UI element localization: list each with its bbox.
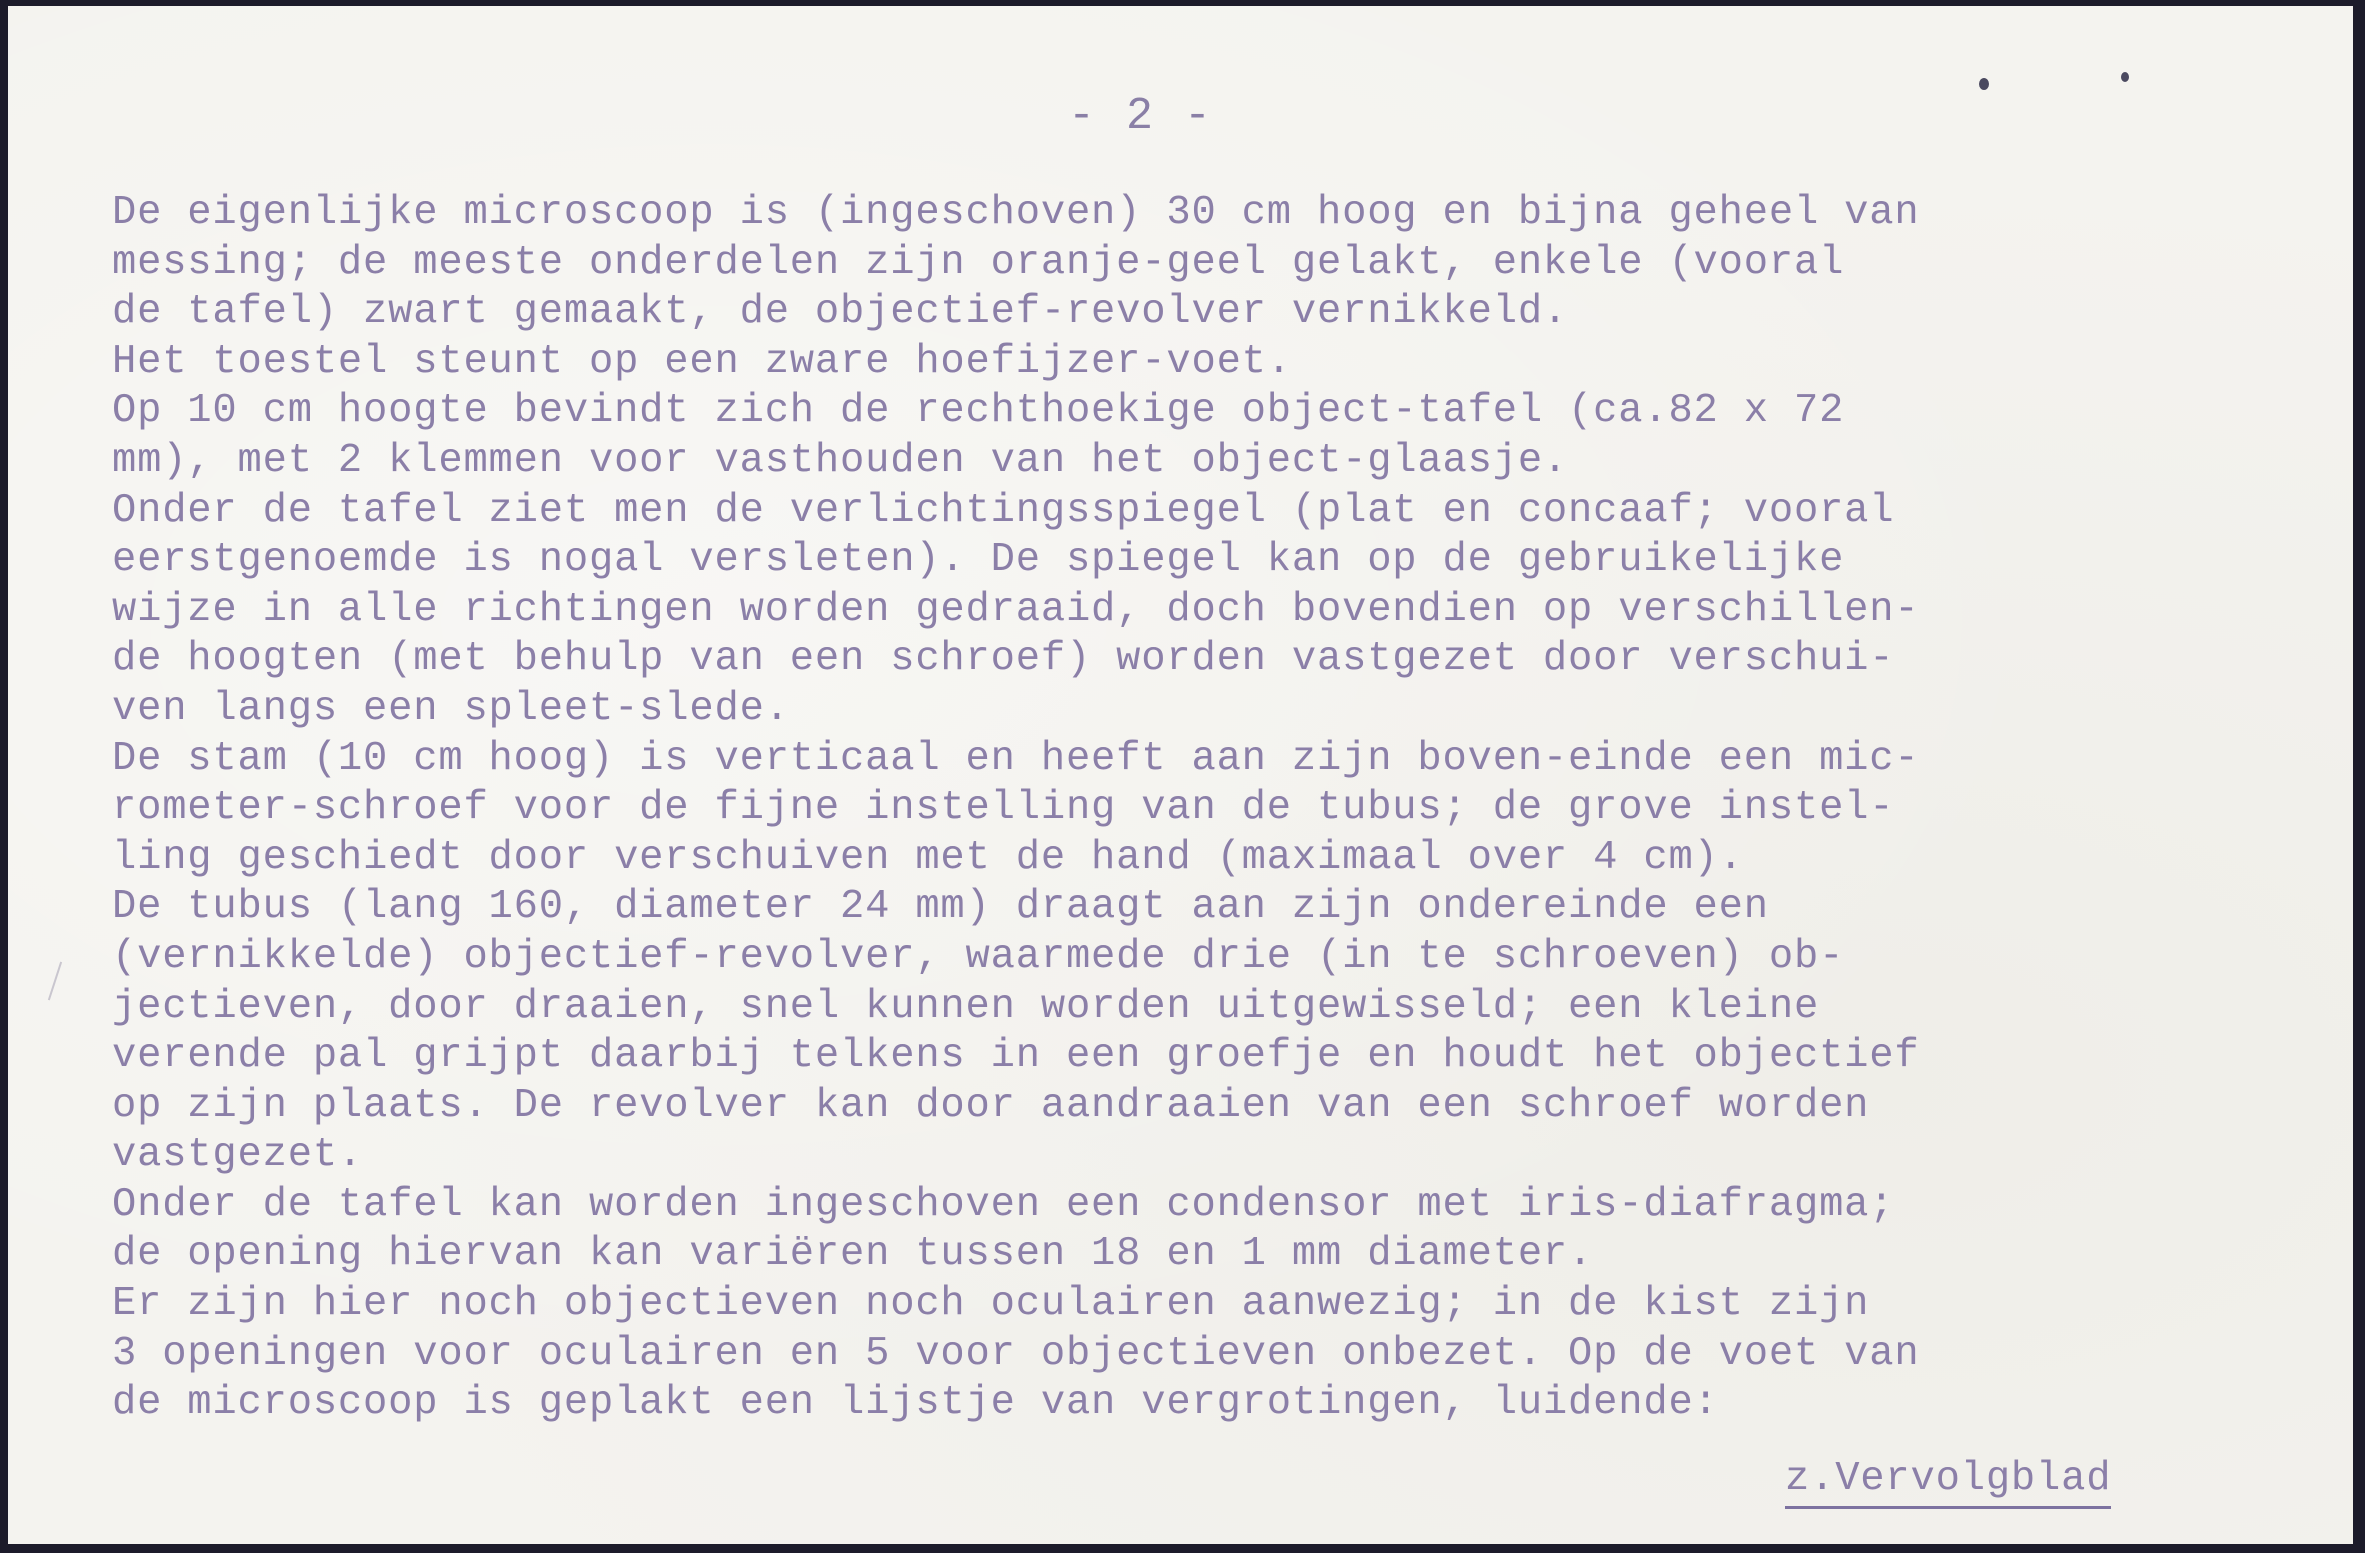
text-line: wijze in alle richtingen worden gedraaid…: [112, 586, 2342, 636]
typewritten-page: - 2 - De eigenlijke microscoop is (inges…: [8, 6, 2353, 1544]
continuation-note: z.Vervolgblad: [1785, 1456, 2111, 1509]
punch-hole-marks: [1973, 68, 2143, 108]
text-line: de microscoop is geplakt een lijstje van…: [112, 1379, 2342, 1429]
text-line: de hoogten (met behulp van een schroef) …: [112, 635, 2342, 685]
body-text: De eigenlijke microscoop is (ingeschoven…: [112, 189, 2342, 1429]
text-line: De stam (10 cm hoog) is verticaal en hee…: [112, 735, 2342, 785]
page-number: - 2 -: [1068, 91, 1213, 142]
text-line: eerstgenoemde is nogal versleten). De sp…: [112, 536, 2342, 586]
text-line: 3 openingen voor oculairen en 5 voor obj…: [112, 1330, 2342, 1380]
text-line: Op 10 cm hoogte bevindt zich de rechthoe…: [112, 387, 2342, 437]
text-line: de opening hiervan kan variëren tussen 1…: [112, 1230, 2342, 1280]
text-line: verende pal grijpt daarbij telkens in ee…: [112, 1032, 2342, 1082]
text-line: op zijn plaats. De revolver kan door aan…: [112, 1082, 2342, 1132]
text-line: de tafel) zwart gemaakt, de objectief-re…: [112, 288, 2342, 338]
text-line: ling geschiedt door verschuiven met de h…: [112, 834, 2342, 884]
text-line: (vernikkelde) objectief-revolver, waarme…: [112, 933, 2342, 983]
punch-hole-icon: [1979, 78, 1989, 90]
text-line: ven langs een spleet-slede.: [112, 685, 2342, 735]
text-line: De tubus (lang 160, diameter 24 mm) draa…: [112, 883, 2342, 933]
text-line: rometer-schroef voor de fijne instelling…: [112, 784, 2342, 834]
text-line: Er zijn hier noch objectieven noch ocula…: [112, 1280, 2342, 1330]
text-line: vastgezet.: [112, 1131, 2342, 1181]
text-line: Onder de tafel kan worden ingeschoven ee…: [112, 1181, 2342, 1231]
text-line: mm), met 2 klemmen voor vasthouden van h…: [112, 437, 2342, 487]
text-line: De eigenlijke microscoop is (ingeschoven…: [112, 189, 2342, 239]
text-line: Onder de tafel ziet men de verlichtingss…: [112, 487, 2342, 537]
text-line: Het toestel steunt op een zware hoefijze…: [112, 338, 2342, 388]
punch-hole-icon: [2121, 72, 2129, 82]
text-line: messing; de meeste onderdelen zijn oranj…: [112, 239, 2342, 289]
text-line: jectieven, door draaien, snel kunnen wor…: [112, 983, 2342, 1033]
margin-pencil-mark: [48, 962, 62, 1001]
